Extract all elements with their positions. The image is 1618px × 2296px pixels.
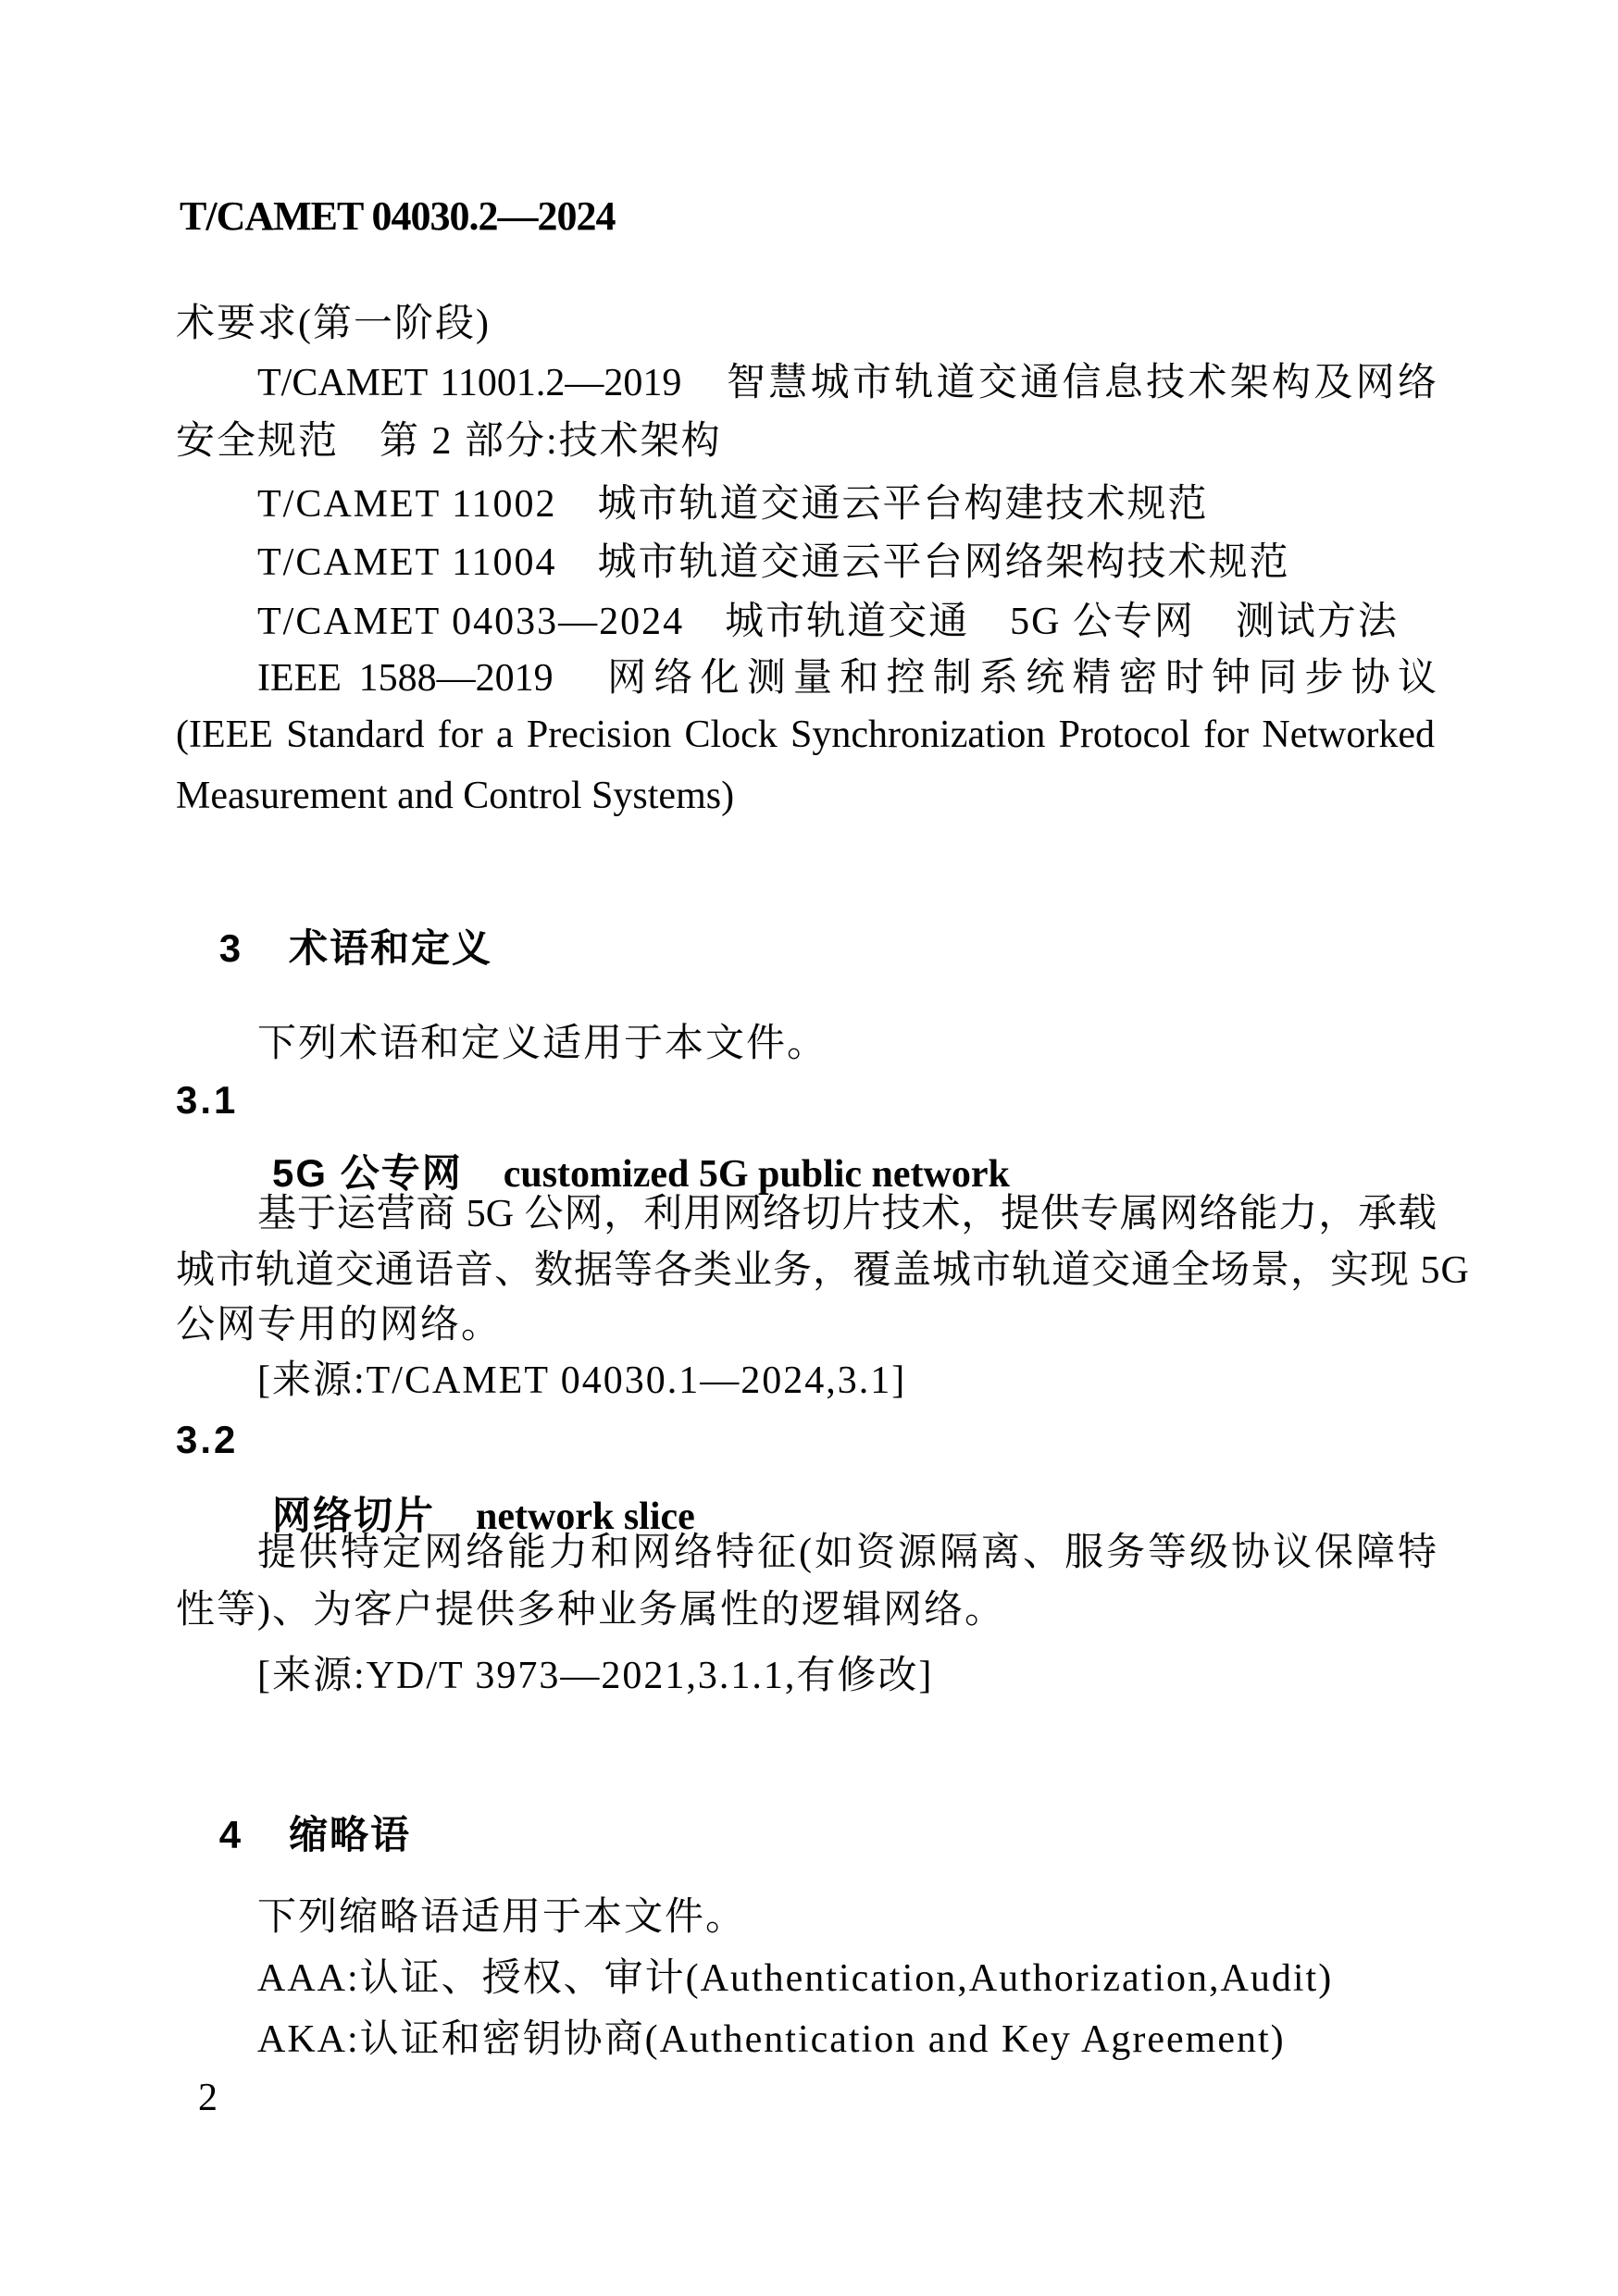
reference-line: Measurement and Control Systems)	[176, 774, 734, 818]
definition-line: 提供特定网络能力和网络特征(如资源隔离、服务等级协议保障特	[257, 1531, 1437, 1575]
abbreviation-line-aaa: AAA:认证、授权、审计(Authentication,Authorizatio…	[257, 1956, 1333, 2001]
doc-code-header: T/CAMET 04030.2—2024	[180, 196, 616, 237]
reference-line: T/CAMET 04033—2024 城市轨道交通 5G 公专网 测试方法	[257, 600, 1399, 644]
source-line: [来源:T/CAMET 04030.1—2024,3.1]	[257, 1359, 906, 1403]
section-4-title: 缩略语	[289, 1813, 411, 1856]
section-4-number: 4	[219, 1814, 241, 1856]
reference-line: 安全规范 第 2 部分:技术架构	[176, 419, 722, 464]
term-3-1-number: 3.1	[176, 1079, 238, 1122]
section-4-intro-line: 下列缩略语适用于本文件。	[257, 1895, 746, 1940]
intro-tail-line: 术要求(第一阶段)	[176, 302, 491, 346]
abbreviation-line-aka: AKA:认证和密钥协商(Authentication and Key Agree…	[257, 2017, 1286, 2062]
reference-line: T/CAMET 11004 城市轨道交通云平台网络架构技术规范	[257, 540, 1290, 585]
reference-line: (IEEE Standard for a Precision Clock Syn…	[176, 713, 1435, 757]
reference-line: T/CAMET 11001.2—2019 智慧城市轨道交通信息技术架构及网络	[257, 361, 1437, 405]
definition-line: 基于运营商 5G 公网，利用网络切片技术，提供专属网络能力，承载	[257, 1192, 1437, 1236]
document-page: T/CAMET 04030.2—2024 术要求(第一阶段) T/CAMET 1…	[0, 0, 1618, 2296]
term-3-2-number: 3.2	[176, 1419, 238, 1461]
term-3-1-zh: 5G 公专网	[272, 1151, 463, 1195]
source-line: [来源:YD/T 3973—2021,3.1.1,有修改]	[257, 1654, 933, 1698]
section-4-heading: 4缩略语	[176, 1771, 411, 1900]
section-3-heading: 3术语和定义	[176, 885, 492, 1013]
section-3-intro-line: 下列术语和定义适用于本文件。	[257, 1022, 828, 1066]
reference-line: IEEE 1588—2019 网络化测量和控制系统精密时钟同步协议	[257, 656, 1437, 701]
definition-line: 性等)、为客户提供多种业务属性的逻辑网络。	[176, 1588, 1005, 1632]
page-number: 2	[198, 2079, 218, 2117]
section-3-title: 术语和定义	[289, 926, 492, 970]
term-3-1-en: customized 5G public network	[504, 1153, 1010, 1196]
section-3-number: 3	[219, 927, 241, 970]
definition-line: 城市轨道交通语音、数据等各类业务，覆盖城市轨道交通全场景，实现 5G	[176, 1248, 1470, 1293]
reference-line: T/CAMET 11002 城市轨道交通云平台构建技术规范	[257, 482, 1209, 527]
definition-line: 公网专用的网络。	[176, 1303, 502, 1347]
